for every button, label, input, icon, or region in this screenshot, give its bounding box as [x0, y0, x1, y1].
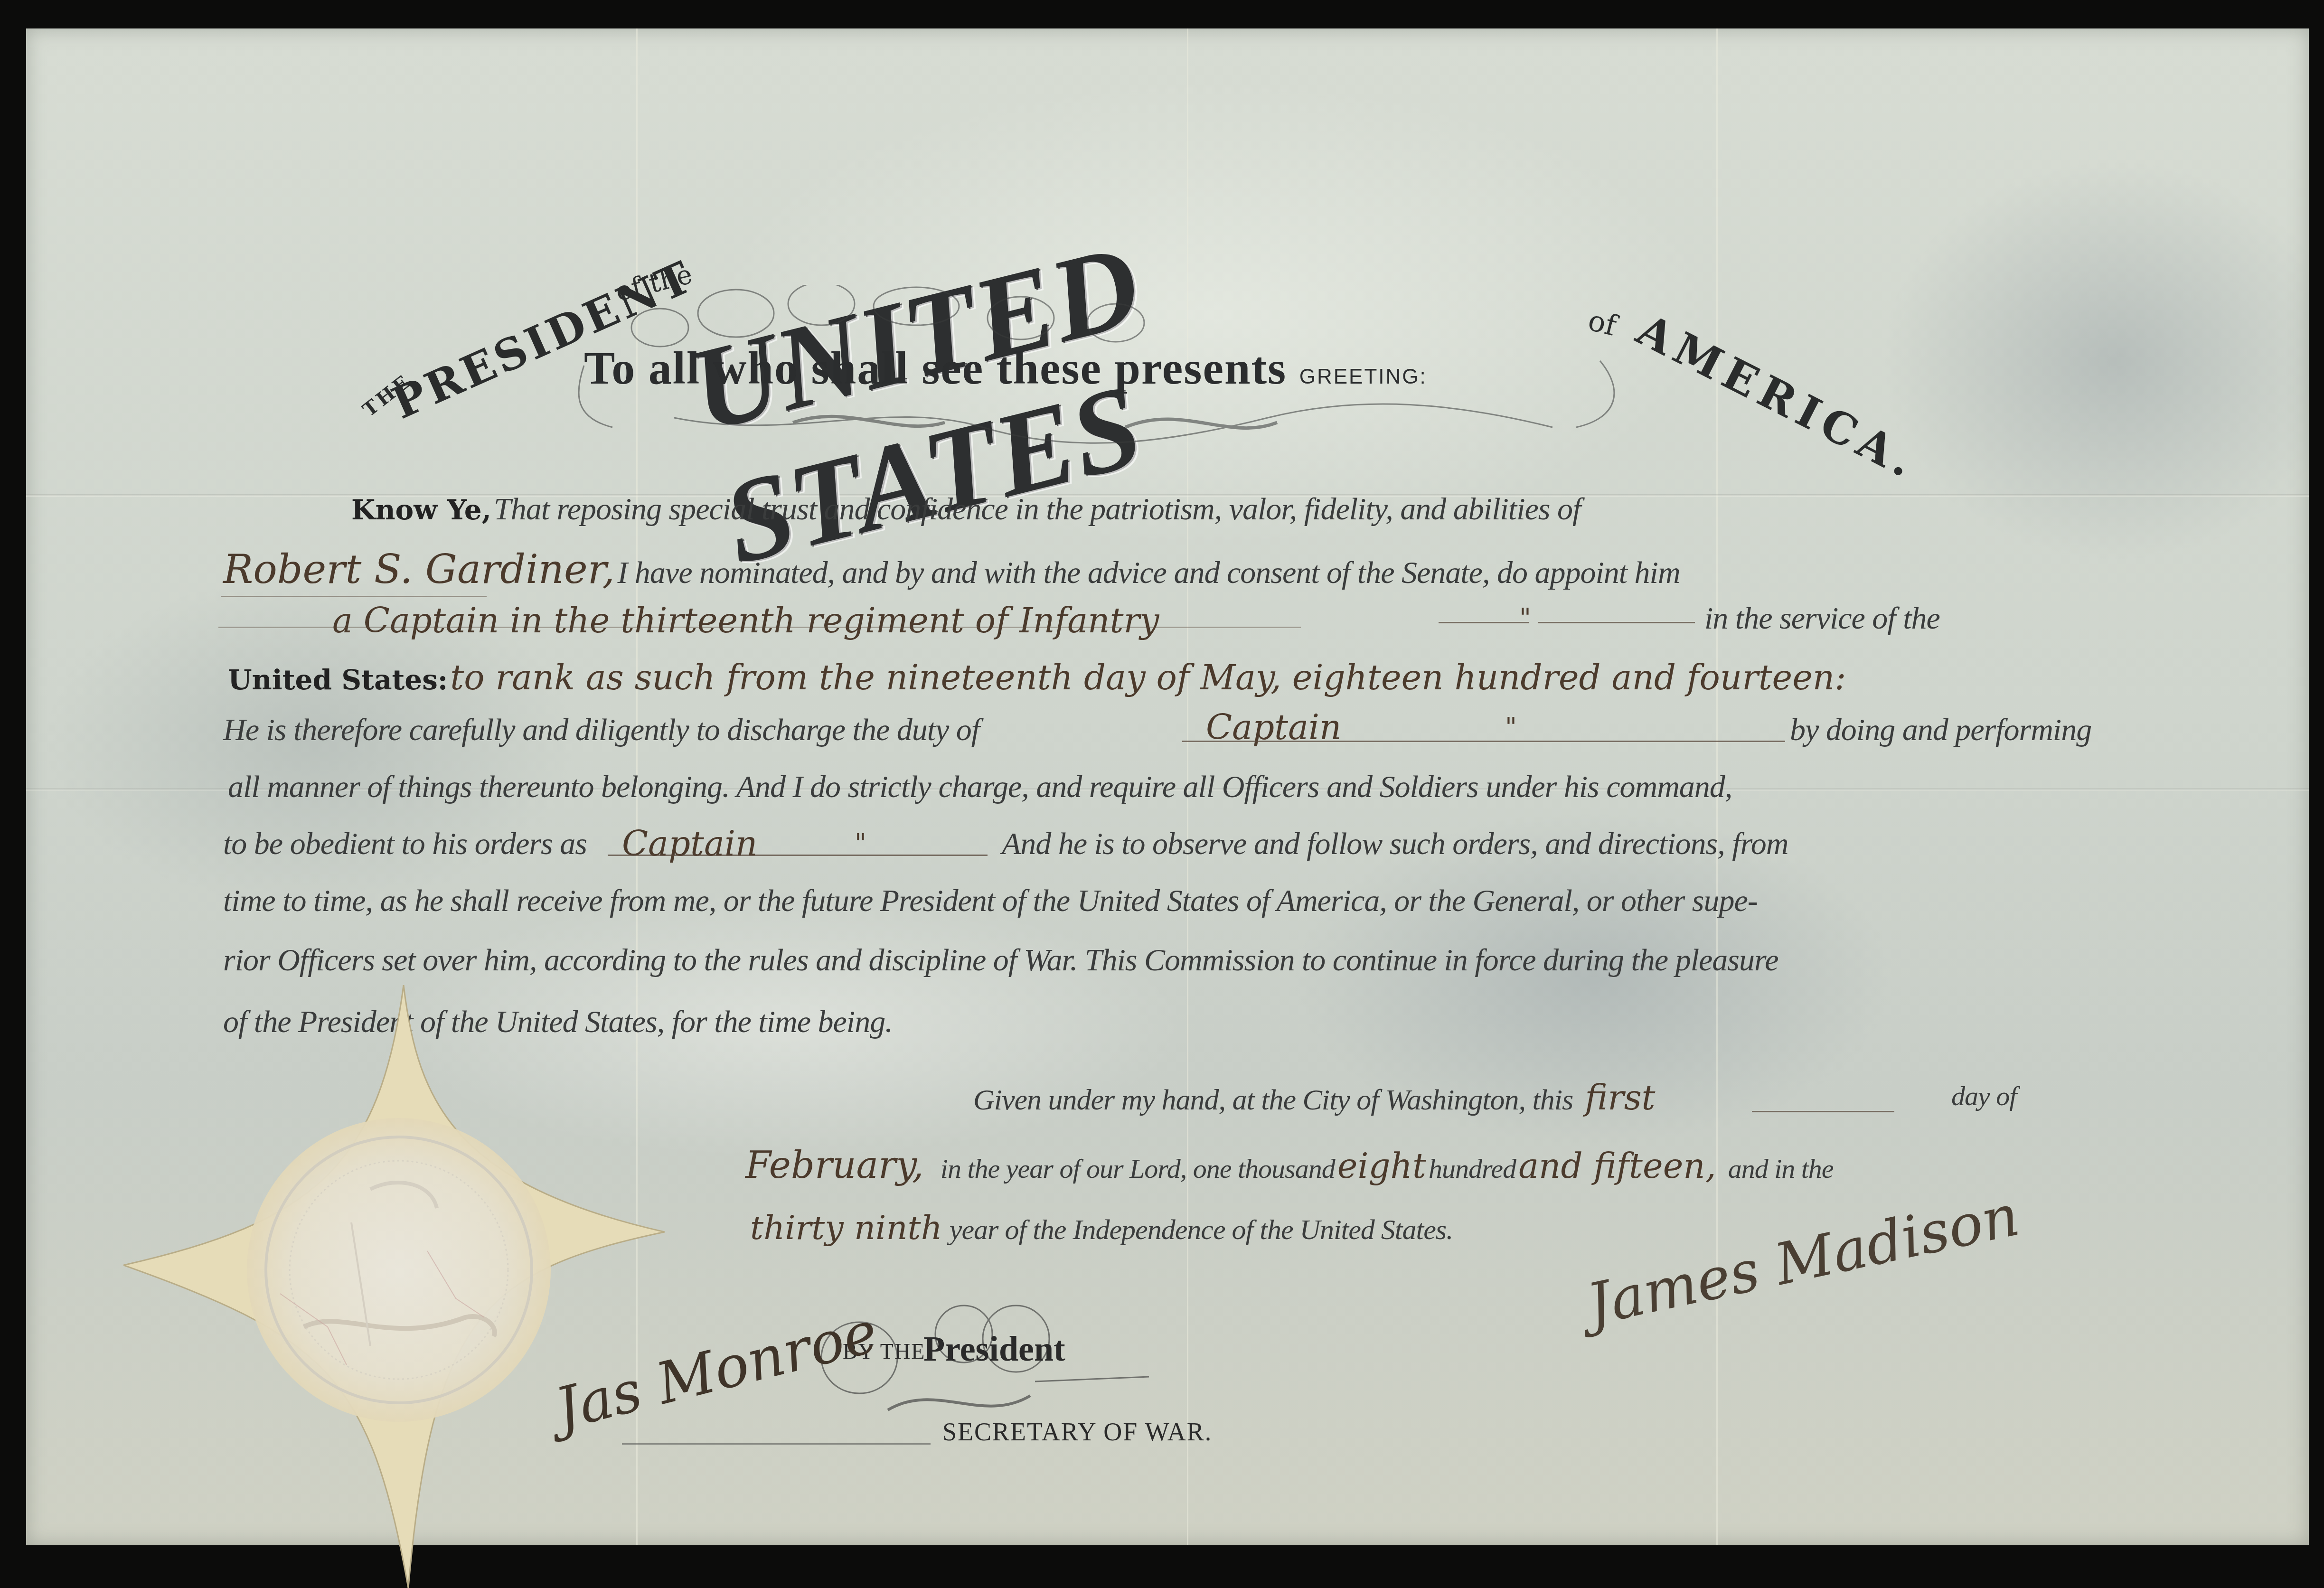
fill-line	[218, 627, 1301, 628]
ditto-mark: "	[855, 828, 866, 858]
greeting-script: To all who shall see these presents	[584, 343, 1287, 394]
body-text: I have nominated, and by and with the ad…	[617, 555, 1680, 590]
greeting-line: To all who shall see these presents GREE…	[584, 285, 1605, 437]
orders-rank: Captain	[622, 824, 757, 864]
given-line-2: February, in the year of our Lord, one t…	[745, 1144, 1834, 1187]
ditto-mark: "	[1505, 712, 1517, 742]
given-line-3: thirty ninth year of the Independence of…	[750, 1208, 1453, 1247]
fill-line	[1182, 741, 1785, 742]
appointee-name: Robert S. Gardiner,	[223, 546, 615, 592]
ditto-mark: "	[1519, 603, 1531, 633]
body-line-4: United States: to rank as such from the …	[228, 658, 1846, 697]
body-text: in the year of our Lord, one thousand	[941, 1153, 1335, 1184]
body-text: day of	[1951, 1080, 2016, 1112]
greeting-caps: GREETING:	[1299, 365, 1427, 388]
body-text: He is therefore carefully and diligently…	[223, 713, 979, 747]
body-text: hundred	[1429, 1153, 1516, 1184]
given-year-tail: and fifteen,	[1518, 1146, 1716, 1186]
given-year-hundreds: eight	[1337, 1146, 1426, 1186]
fill-line	[1439, 622, 1529, 623]
united-states-label: United States:	[228, 664, 448, 696]
signature-line	[622, 1443, 931, 1445]
given-month: February,	[745, 1144, 924, 1187]
rank-and-regiment: a Captain in the thirteenth regiment of …	[332, 601, 1159, 640]
given-line-1: Given under my hand, at the City of Wash…	[973, 1078, 1656, 1118]
body-text: in the service of the	[1704, 601, 1940, 637]
body-line-3: a Captain in the thirteenth regiment of …	[332, 601, 1159, 640]
president-label: President	[923, 1329, 1065, 1370]
fill-line	[221, 596, 487, 597]
body-line-9: rior Officers set over him, according to…	[223, 942, 1778, 978]
seal-star-icon	[123, 985, 665, 1588]
body-line-2: Robert S. Gardiner, I have nominated, an…	[223, 546, 1680, 592]
body-line-6: all manner of things thereunto belonging…	[228, 769, 1732, 805]
secretary-title: SECRETARY OF WAR.	[942, 1417, 1212, 1447]
rank-date: to rank as such from the nineteenth day …	[450, 658, 1846, 697]
know-ye-label: Know Ye,	[351, 494, 491, 526]
body-text: Given under my hand, at the City of Wash…	[973, 1084, 1573, 1116]
body-text: That reposing special trust and confiden…	[494, 492, 1581, 526]
body-text: and in the	[1728, 1153, 1834, 1184]
body-line-1: Know Ye, That reposing special trust and…	[351, 491, 1581, 527]
paper-seal	[123, 985, 665, 1588]
fill-line	[1538, 622, 1695, 623]
body-text: by doing and performing	[1790, 712, 2091, 748]
body-line-8: time to time, as he shall receive from m…	[223, 883, 1758, 919]
fill-line	[608, 855, 988, 856]
body-text: And he is to observe and follow such ord…	[1002, 826, 1788, 862]
body-line-7: to be obedient to his orders as	[223, 826, 587, 862]
body-text: year of the Independence of the United S…	[950, 1214, 1453, 1245]
given-day: first	[1585, 1078, 1655, 1118]
fill-line	[1752, 1111, 1894, 1112]
body-line-5: He is therefore carefully and diligently…	[223, 712, 979, 748]
independence-year: thirty ninth	[750, 1208, 942, 1247]
